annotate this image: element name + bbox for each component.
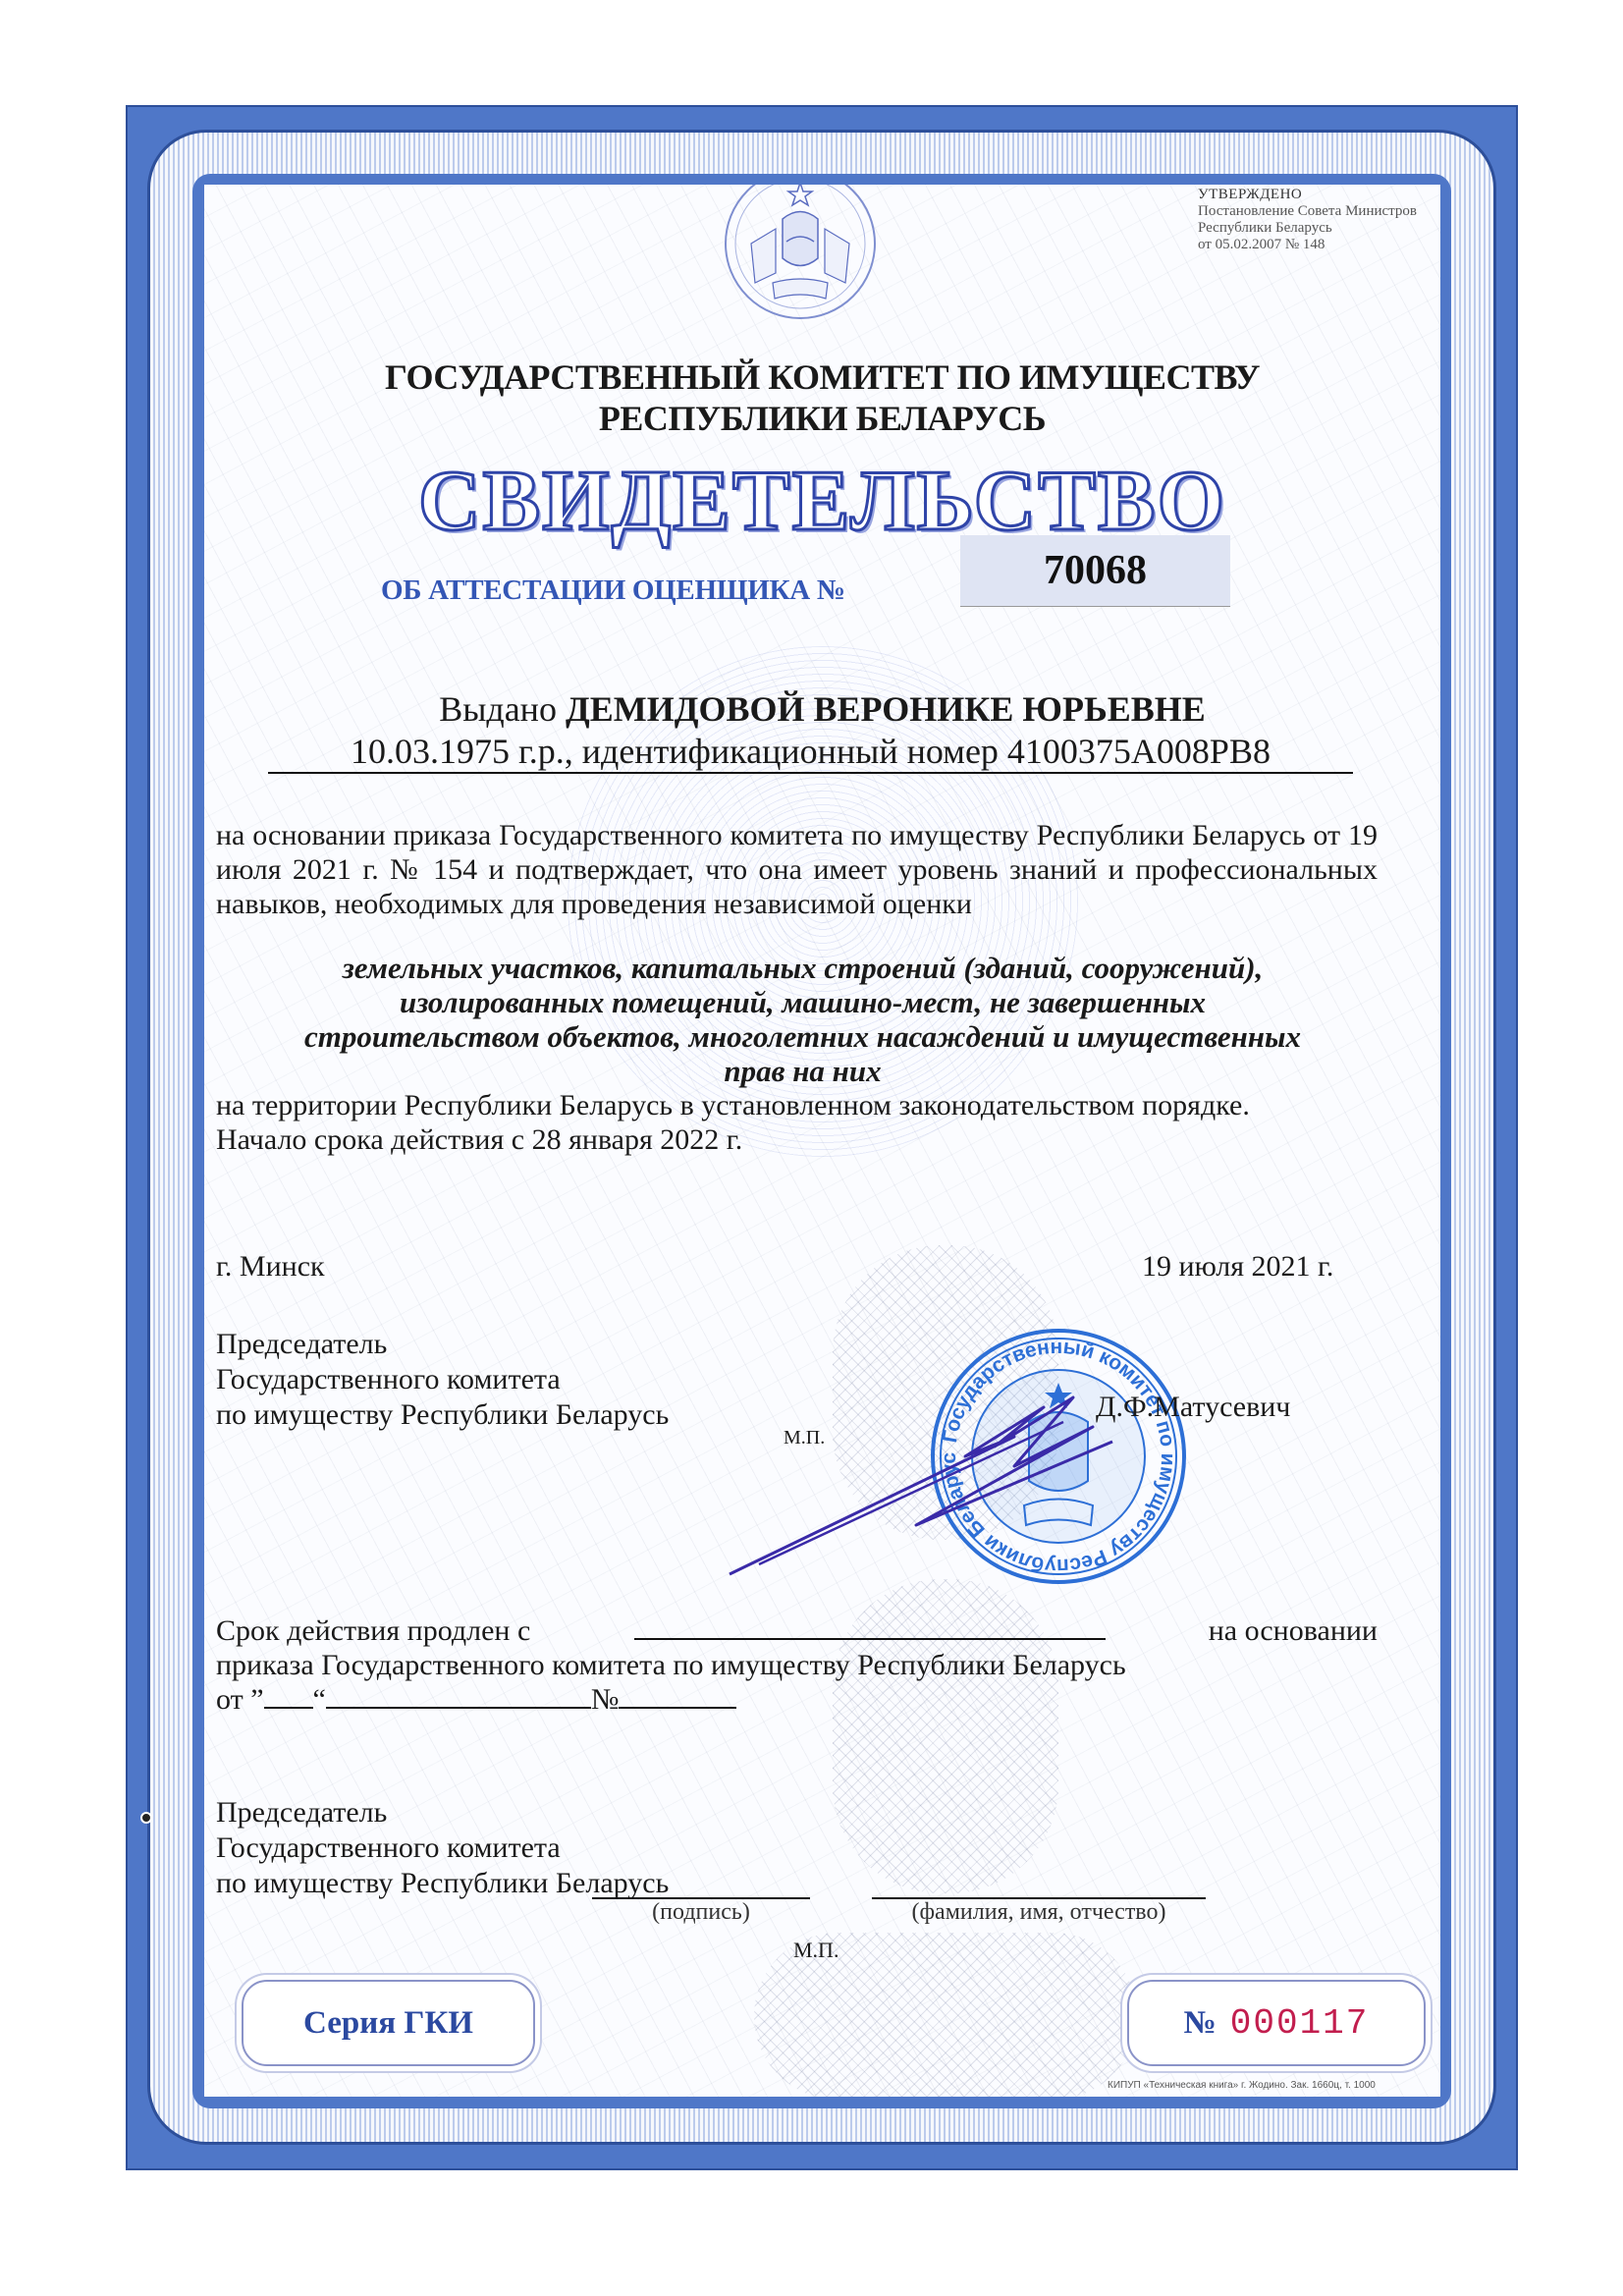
extension-text: приказа Государственного комитета по иму… bbox=[216, 1648, 1126, 1682]
extension-text: от ” bbox=[216, 1683, 264, 1716]
stamp-place-label-2: М.П. bbox=[793, 1938, 839, 1963]
extension-text: № bbox=[591, 1683, 620, 1716]
chairman-title-line: по имуществу Республики Беларусь bbox=[216, 1397, 669, 1433]
extension-text: “ bbox=[313, 1683, 326, 1716]
extension-section: Срок действия продлен с на основании при… bbox=[216, 1613, 1378, 1717]
series-label: Серия ГКИ bbox=[303, 2005, 473, 2041]
chairman-title-2: Председатель Государственного комитета п… bbox=[216, 1795, 669, 1901]
validity-start: Начало срока действия с 28 января 2022 г… bbox=[216, 1122, 1414, 1157]
chairman-title-line: Государственного комитета bbox=[216, 1831, 669, 1866]
issued-label: Выдано bbox=[439, 689, 557, 729]
handwritten-signature-icon bbox=[720, 1368, 1132, 1584]
certificate-number-field: 70068 bbox=[960, 535, 1230, 607]
chairman-title-line: Председатель bbox=[216, 1327, 669, 1362]
state-emblem-icon bbox=[722, 185, 879, 322]
name-caption: (фамилия, имя, отчество) bbox=[872, 1899, 1206, 1926]
serial-number-label: № bbox=[1184, 2005, 1217, 2041]
scope-line: земельных участков, капитальных строений… bbox=[204, 951, 1401, 985]
extension-line: Срок действия продлен с на основании bbox=[216, 1613, 1378, 1648]
approval-line: Постановление Совета Министров bbox=[1198, 203, 1417, 220]
chairman-title-line: Государственного комитета bbox=[216, 1362, 669, 1397]
certificate-title: СВИДЕТЕЛЬСТВО bbox=[204, 452, 1440, 551]
recipient-name: ДЕМИДОВОЙ ВЕРОНИКЕ ЮРЬЕВНЕ bbox=[566, 689, 1206, 729]
scope-line: строительством объектов, многолетних нас… bbox=[204, 1019, 1401, 1054]
approval-note: УТВЕРЖДЕНО Постановление Совета Министро… bbox=[1198, 187, 1417, 253]
basis-paragraph: на основании приказа Государственного ко… bbox=[216, 818, 1378, 921]
certificate-page: УТВЕРЖДЕНО Постановление Совета Министро… bbox=[204, 185, 1440, 2097]
signature-field: (подпись) bbox=[592, 1897, 810, 1926]
signature-caption: (подпись) bbox=[592, 1899, 810, 1926]
hole-punch-mark bbox=[140, 1812, 152, 1824]
serial-number: 000117 bbox=[1230, 2003, 1370, 2044]
chairman-title-line: по имуществу Республики Беларусь bbox=[216, 1866, 669, 1901]
recipient-line: Выдано ДЕМИДОВОЙ ВЕРОНИКЕ ЮРЬЕВНЕ bbox=[204, 688, 1440, 730]
appraisal-scope: земельных участков, капитальных строений… bbox=[204, 951, 1401, 1088]
series-box: Серия ГКИ bbox=[242, 1980, 535, 2066]
extension-text: Срок действия продлен с bbox=[216, 1613, 530, 1648]
issuer-name: ГОСУДАРСТВЕННЫЙ КОМИТЕТ ПО ИМУЩЕСТВУ РЕС… bbox=[204, 356, 1440, 439]
extension-text: на основании bbox=[1209, 1613, 1378, 1648]
issue-city: г. Минск bbox=[216, 1250, 325, 1284]
approval-line: УТВЕРЖДЕНО bbox=[1198, 187, 1417, 203]
extension-line: от ”“№ bbox=[216, 1682, 1378, 1717]
chairman-title: Председатель Государственного комитета п… bbox=[216, 1327, 669, 1433]
issue-date: 19 июля 2021 г. bbox=[1142, 1250, 1333, 1284]
certificate-subtitle: ОБ АТТЕСТАЦИИ ОЦЕНЩИКА № bbox=[381, 574, 845, 607]
scope-line: изолированных помещений, машино-мест, не… bbox=[204, 985, 1401, 1019]
order-number-blank bbox=[619, 1707, 736, 1709]
signatory-name: Д.Ф.Матусевич bbox=[1096, 1391, 1290, 1424]
territory-text: на территории Республики Беларусь в уста… bbox=[216, 1088, 1414, 1122]
approval-line: Республики Беларусь bbox=[1198, 220, 1417, 237]
approval-line: от 05.02.2007 № 148 bbox=[1198, 237, 1417, 253]
extension-date-blank bbox=[634, 1638, 1106, 1640]
certificate-number: 70068 bbox=[1044, 548, 1147, 593]
recipient-details: 10.03.1975 г.р., идентификационный номер… bbox=[268, 731, 1353, 774]
stamp-place-label: М.П. bbox=[784, 1427, 825, 1449]
order-day-blank bbox=[264, 1707, 313, 1709]
issuer-line: РЕСПУБЛИКИ БЕЛАРУСЬ bbox=[204, 398, 1440, 439]
serial-number-box: №000117 bbox=[1127, 1980, 1426, 2066]
scope-line: прав на них bbox=[204, 1054, 1401, 1088]
chairman-title-line: Председатель bbox=[216, 1795, 669, 1831]
issuer-line: ГОСУДАРСТВЕННЫЙ КОМИТЕТ ПО ИМУЩЕСТВУ bbox=[204, 356, 1440, 398]
territory-paragraph: на территории Республики Беларусь в уста… bbox=[216, 1088, 1414, 1157]
name-field: (фамилия, имя, отчество) bbox=[872, 1897, 1206, 1926]
extension-line: приказа Государственного комитета по иму… bbox=[216, 1648, 1378, 1682]
order-month-blank bbox=[326, 1707, 591, 1709]
printer-imprint: КИПУП «Техническая книга» г. Жодино. Зак… bbox=[1108, 2080, 1376, 2091]
